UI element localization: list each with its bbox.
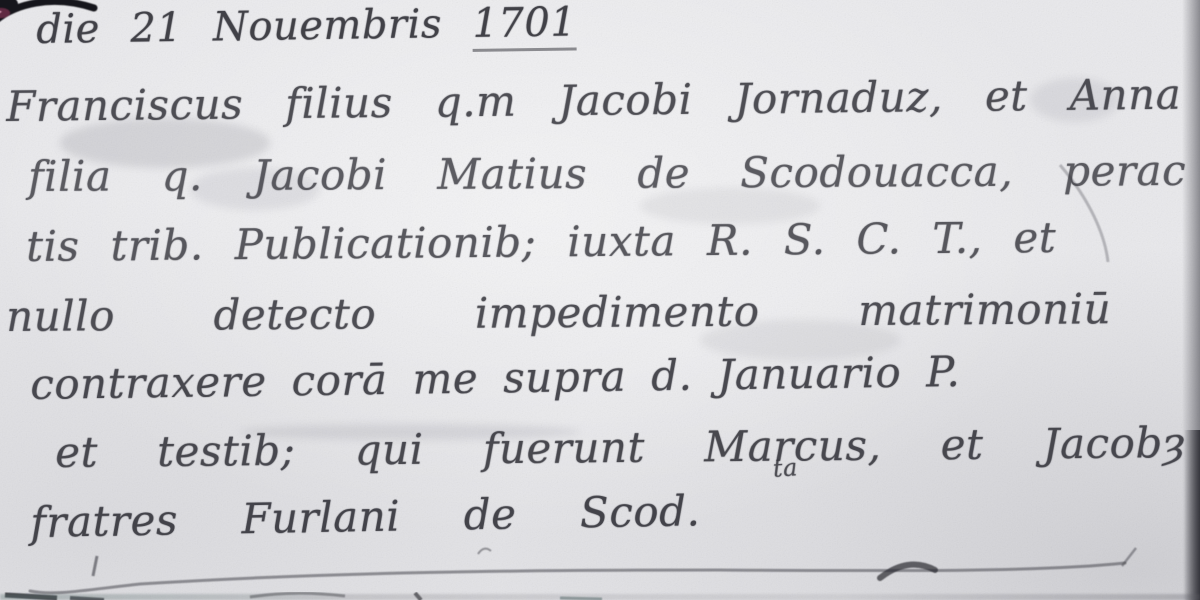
page-gutter-shadow-dark bbox=[1184, 430, 1200, 600]
bottom-flourish-rule bbox=[30, 548, 1136, 593]
record-line: nullo detecto impedimento matrimoniū bbox=[6, 286, 1111, 340]
underlined-year: 1701 bbox=[472, 0, 576, 52]
record-line: filia q. Jacobi Matius de Scodouacca, pe… bbox=[28, 148, 1186, 200]
cutoff-text-fragments bbox=[5, 593, 602, 600]
record-date-line: die 21 Nouembris 1701 bbox=[36, 0, 577, 52]
page-gutter-shadow bbox=[1182, 0, 1200, 600]
record-line: Franciscus filius q.m Jacobi Jornaduz, e… bbox=[6, 72, 1181, 130]
record-line: tis trib. Publicationib; iuxta R. S. C. … bbox=[26, 215, 1056, 270]
scan-bottom-edge bbox=[0, 594, 1200, 600]
date-text: die 21 Nouembris bbox=[36, 1, 442, 53]
record-line: et testib; qui fuerunt Marcus, et Jacobȝ bbox=[55, 420, 1185, 476]
record-line: contraxere corā me supra d. Januario P. bbox=[30, 349, 961, 408]
record-line: fratres Furlani de Scod. bbox=[30, 488, 701, 546]
interlinear-insertion: ta bbox=[772, 454, 799, 482]
manuscript-scan: die 21 Nouembris 1701 Franciscus filius … bbox=[0, 0, 1200, 600]
